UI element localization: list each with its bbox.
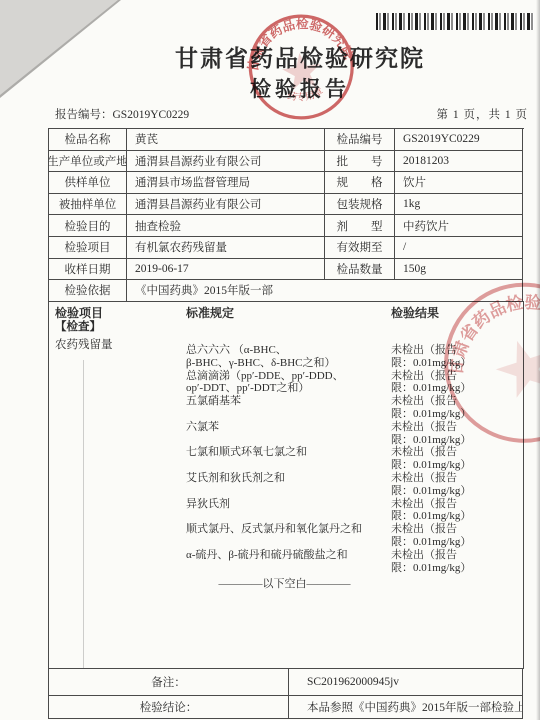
standard-line: β-BHC、γ-BHC、δ-BHC之和）	[186, 357, 383, 370]
barcode	[376, 13, 534, 30]
seal-sub-text: 药专用章	[284, 84, 326, 106]
standard-text: 艾氏剂和狄氏剂之和	[186, 472, 383, 498]
report-number: 报告编号：GS2019YC0229	[55, 106, 189, 122]
standard-text: 总滴滴涕（pp′-DDE、pp′-DDD、op′-DDT、pp′-DDT之和）	[186, 370, 383, 396]
standard-line: 异狄氏剂	[186, 498, 383, 511]
seal-star-icon	[280, 50, 323, 91]
info-value: 1kg	[395, 194, 523, 216]
standard-line: 总六六六 （α-BHC、	[186, 344, 383, 357]
info-label: 剂 型	[325, 215, 395, 237]
standard-text: 六氯苯	[186, 421, 383, 447]
info-value: 饮片	[395, 172, 523, 194]
standard-line: α-硫丹、β-硫丹和硫丹硫酸盐之和	[186, 549, 383, 562]
result-item: 顺式氯丹、反式氯丹和氧化氯丹之和 未检出（报告限：0.01mg/kg）	[49, 523, 525, 549]
info-value: /	[395, 237, 523, 259]
result-line: 限：0.01mg/kg）	[391, 485, 516, 498]
standard-text: 总六六六 （α-BHC、β-BHC、γ-BHC、δ-BHC之和）	[186, 344, 383, 370]
result-line: 未检出（报告	[391, 472, 516, 485]
info-label: 生产单位或产地	[49, 151, 127, 173]
info-label: 检验项目	[49, 237, 127, 259]
info-value: 通渭县市场监督管理局	[127, 172, 325, 194]
svg-text:药专用章: 药专用章	[284, 84, 326, 106]
info-value: 150g	[395, 259, 523, 281]
end-of-content-note: ————以下空白————	[186, 575, 383, 591]
remark-label: 备注：	[49, 669, 289, 696]
seal-star-icon	[489, 332, 540, 401]
result-line: 未检出（报告	[391, 498, 516, 511]
result-item: 七氯和顺式环氧七氯之和 未检出（报告限：0.01mg/kg）	[49, 446, 525, 472]
result-item: α-硫丹、β-硫丹和硫丹硫酸盐之和 未检出（报告限：0.01mg/kg）	[49, 549, 525, 575]
sample-info-table: 检品名称 黄芪 检品编号 GS2019YC0229 生产单位或产地 通渭县昌源药…	[48, 128, 524, 302]
info-value: 2019-06-17	[127, 259, 325, 281]
info-label: 收样日期	[49, 259, 127, 281]
result-text: 未检出（报告限：0.01mg/kg）	[391, 498, 516, 524]
standard-text: 五氯硝基苯	[186, 395, 383, 421]
info-label-basis: 检验依据	[49, 280, 127, 302]
report-number-label: 报告编号：	[55, 109, 113, 121]
info-value: 通渭县昌源药业有限公司	[127, 151, 325, 173]
info-value: 黄芪	[127, 129, 325, 151]
standard-text: 七氯和顺式环氧七氯之和	[186, 446, 383, 472]
conclusion-label: 检验结论：	[49, 696, 289, 719]
remark-value: SC201962000945jv	[289, 669, 523, 696]
result-line: 限：0.01mg/kg）	[391, 459, 516, 472]
paper-crease-line	[83, 360, 84, 668]
standard-text: 顺式氯丹、反式氯丹和氧化氯丹之和	[186, 523, 383, 549]
result-text: 未检出（报告限：0.01mg/kg）	[391, 472, 516, 498]
standard-line: 七氯和顺式环氧七氯之和	[186, 446, 383, 459]
info-value: 抽查检验	[127, 215, 325, 237]
result-line: 限：0.01mg/kg）	[391, 562, 516, 575]
info-label: 检品数量	[325, 259, 395, 281]
result-item: 异狄氏剂 未检出（报告限：0.01mg/kg）	[49, 498, 525, 524]
info-label: 供样单位	[49, 172, 127, 194]
info-value: 通渭县昌源药业有限公司	[127, 194, 325, 216]
column-header-standard: 标准规定	[186, 304, 234, 321]
standard-line: 六氯苯	[186, 421, 383, 434]
standard-text: 异狄氏剂	[186, 498, 383, 524]
info-value: 中药饮片	[395, 215, 523, 237]
result-line: 未检出（报告	[391, 549, 516, 562]
info-label: 检验目的	[49, 215, 127, 237]
info-label: 检品名称	[49, 129, 127, 151]
info-label: 包装规格	[325, 194, 395, 216]
check-section-label: 【检查】	[55, 318, 101, 334]
standard-line: 总滴滴涕（pp′-DDE、pp′-DDD、	[186, 370, 383, 383]
result-item: 艾氏剂和狄氏剂之和 未检出（报告限：0.01mg/kg）	[49, 472, 525, 498]
result-text: 未检出（报告限：0.01mg/kg）	[391, 549, 516, 575]
standard-line: 顺式氯丹、反式氯丹和氧化氯丹之和	[186, 523, 383, 536]
info-value: 有机氯农药残留量	[127, 237, 325, 259]
footer-table: 备注： SC201962000945jv 检验结论： 本品参照《中国药典》201…	[48, 668, 524, 719]
scanned-report-page: 甘肃省药品检验研究院 检验报告 报告编号：GS2019YC0229 第 1 页，…	[0, 0, 540, 720]
standard-line: 五氯硝基苯	[186, 395, 383, 408]
page-indicator: 第 1 页，共 1 页	[437, 106, 529, 122]
standard-line: op′-DDT、pp′-DDT之和）	[186, 382, 383, 395]
result-text: 未检出（报告限：0.01mg/kg）	[391, 523, 516, 549]
info-value: 20181203	[395, 151, 523, 173]
info-label: 被抽样单位	[49, 194, 127, 216]
info-label: 检品编号	[325, 129, 395, 151]
info-label: 有效期至	[325, 237, 395, 259]
result-line: 限：0.01mg/kg）	[391, 510, 516, 523]
result-line: 限：0.01mg/kg）	[391, 536, 516, 549]
info-label: 批 号	[325, 151, 395, 173]
conclusion-value: 本品参照《中国药典》2015年版一部检验上述项目，结果如上。	[289, 696, 523, 719]
official-seal-top: 甘肃省药品检验研究院 药专用章	[237, 1, 366, 130]
standard-line: 艾氏剂和狄氏剂之和	[186, 472, 383, 485]
report-number-value: GS2019YC0229	[113, 109, 190, 121]
standard-text: α-硫丹、β-硫丹和硫丹硫酸盐之和	[186, 549, 383, 575]
result-line: 未检出（报告	[391, 523, 516, 536]
info-value: GS2019YC0229	[395, 129, 523, 151]
info-label: 规 格	[325, 172, 395, 194]
